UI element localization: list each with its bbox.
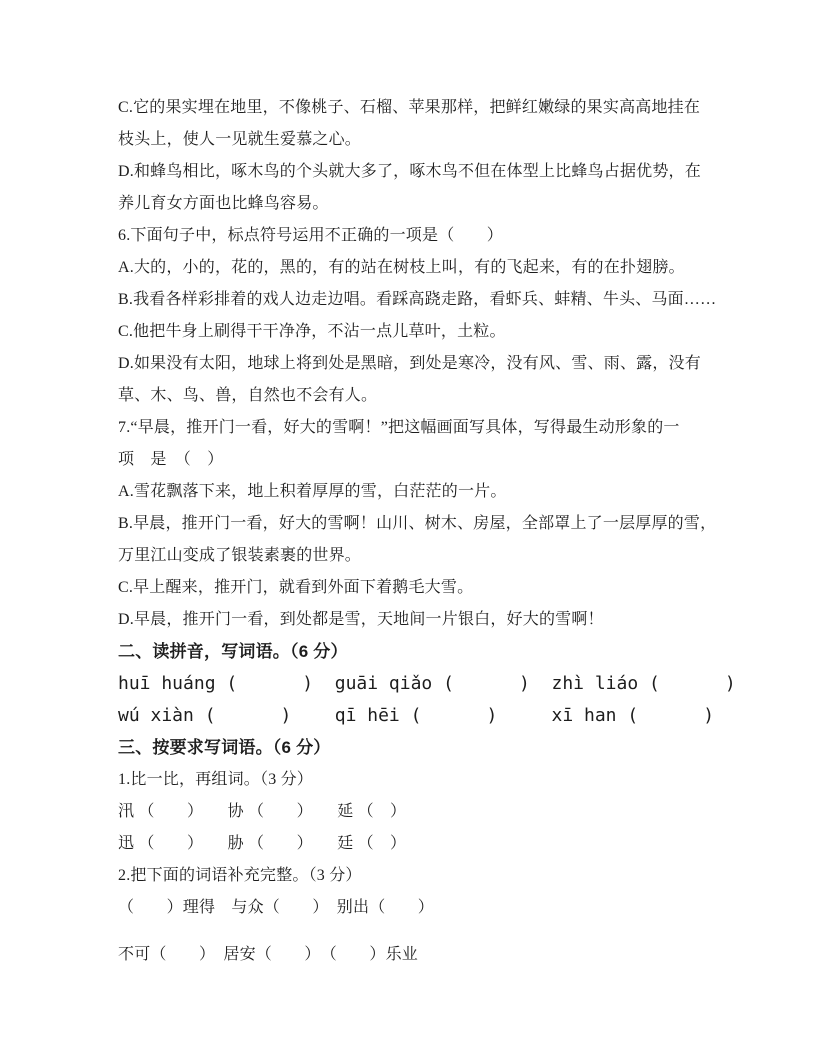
option-line: 万里江山变成了银装素裹的世界。	[118, 540, 816, 572]
question-line: 7.“早晨，推开门一看，好大的雪啊！”把这幅画面写具体，写得最生动形象的一	[118, 412, 816, 444]
section-heading: 二、读拼音，写词语。（6 分）	[118, 636, 816, 668]
option-line: D.和蜂鸟相比，啄木鸟的个头就大多了，啄木鸟不但在体型上比蜂鸟占据优势，在	[118, 156, 816, 188]
option-line: D.早晨，推开门一看，到处都是雪，天地间一片银白，好大的雪啊！	[118, 604, 816, 636]
idiom-blank-line: 不可（ ） 居安（ ） （ ）乐业	[118, 939, 816, 971]
option-line: B.我看各样彩排着的戏人边走边唱。看踩高跷走路，看虾兵、蚌精、牛头、马面……	[118, 284, 816, 316]
question-line: 6.下面句子中，标点符号运用不正确的一项是（ ）	[118, 220, 816, 252]
section-heading: 三、按要求写词语。（6 分）	[118, 732, 816, 764]
word-compare-line: 迅 （ ） 胁 （ ） 廷 （ ）	[118, 828, 816, 860]
option-line: 枝头上，使人一见就生爱慕之心。	[118, 124, 816, 156]
option-line: C.早上醒来，推开门，就看到外面下着鹅毛大雪。	[118, 572, 816, 604]
idiom-blank-line: （ ）理得 与众（ ） 别出（ ）	[118, 892, 816, 924]
option-line: A.大的，小的，花的，黑的，有的站在树枝上叫，有的飞起来，有的在扑翅膀。	[118, 252, 816, 284]
pinyin-line: wú xiàn ( ) qī hēi ( ) xī han ( )	[118, 700, 816, 732]
pinyin-line: huī huáng ( ) guāi qiǎo ( ) zhì liáo ( )	[118, 668, 816, 700]
option-line: C.它的果实埋在地里，不像桃子、石榴、苹果那样，把鲜红嫩绿的果实高高地挂在	[118, 92, 816, 124]
option-line: 养儿育女方面也比蜂鸟容易。	[118, 188, 816, 220]
sub-question-line: 2.把下面的词语补充完整。（3 分）	[118, 860, 816, 892]
question-line: 项 是 （ ）	[118, 444, 816, 476]
option-line: D.如果没有太阳，地球上将到处是黑暗，到处是寒冷，没有风、雪、雨、露，没有	[118, 348, 816, 380]
option-line: A.雪花飘落下来，地上积着厚厚的雪，白茫茫的一片。	[118, 476, 816, 508]
word-compare-line: 汛 （ ） 协 （ ） 延 （ ）	[118, 796, 816, 828]
exam-page: C.它的果实埋在地里，不像桃子、石榴、苹果那样，把鲜红嫩绿的果实高高地挂在枝头上…	[0, 0, 816, 1056]
option-line: C.他把牛身上刷得干干净净，不沾一点儿草叶，土粒。	[118, 316, 816, 348]
sub-question-line: 1.比一比，再组词。（3 分）	[118, 764, 816, 796]
option-line: 草、木、鸟、兽，自然也不会有人。	[118, 380, 816, 412]
document-body: C.它的果实埋在地里，不像桃子、石榴、苹果那样，把鲜红嫩绿的果实高高地挂在枝头上…	[118, 92, 816, 971]
option-line: B.早晨，推开门一看，好大的雪啊！山川、树木、房屋，全部罩上了一层厚厚的雪，	[118, 508, 816, 540]
